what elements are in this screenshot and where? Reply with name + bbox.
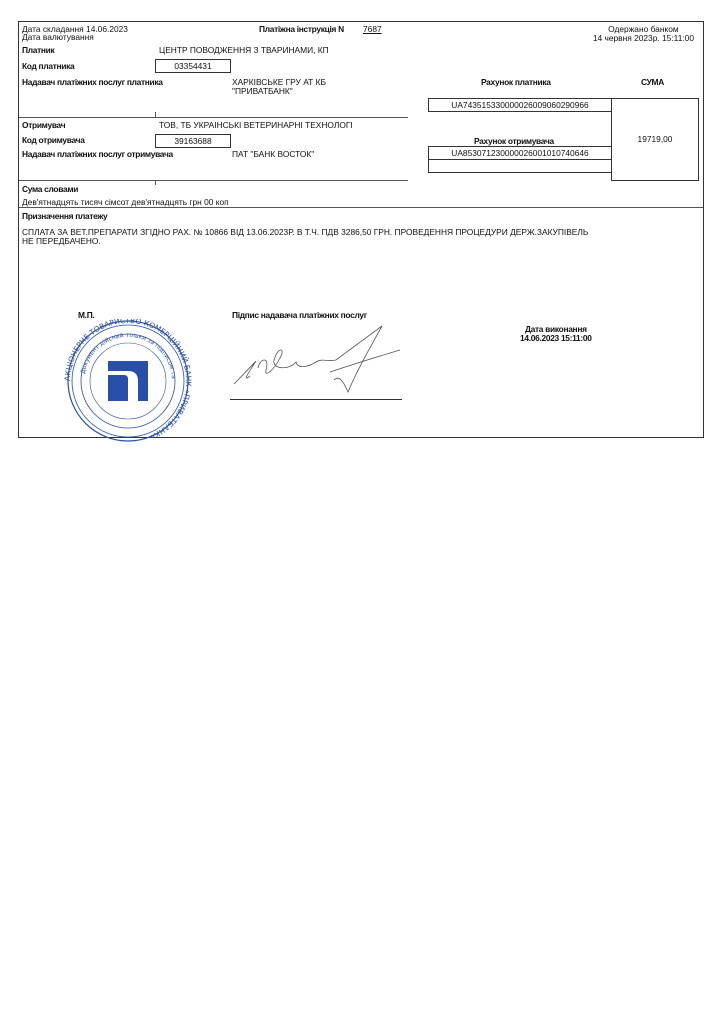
execution-date: Дата виконання 14.06.2023 15:11:00 — [520, 325, 592, 343]
purpose-line1: СПЛАТА ЗА ВЕТ.ПРЕПАРАТИ ЗГІДНО РАХ. № 10… — [22, 228, 588, 237]
recipient-account-label: Рахунок отримувача — [474, 137, 554, 146]
divider — [19, 180, 408, 181]
received-datetime: 14 червня 2023р. 15:11:00 — [593, 34, 694, 43]
amount-words-label: Сума словами — [22, 185, 78, 194]
signature-icon — [230, 318, 405, 398]
recipient-account-extra — [428, 159, 612, 173]
payer-label: Платник — [22, 46, 54, 55]
divider-tick — [155, 180, 156, 185]
recipient-name: ТОВ, ТБ УКРАІНСЬКІ ВЕТЕРИНАРНІ ТЕХНОЛОГІ — [159, 121, 353, 130]
value-date-label: Дата валютування — [22, 33, 94, 42]
amount-label: СУМА — [641, 78, 664, 87]
divider-tick — [155, 112, 156, 117]
amount-words: Дев'ятнадцять тисяч сімсот дев'ятнадцять… — [22, 198, 229, 207]
execution-datetime: 14.06.2023 15:11:00 — [520, 334, 592, 343]
instruction-title: Платіжна інструкція N — [259, 25, 344, 34]
instruction-number: 7687 — [363, 25, 382, 34]
recipient-label: Отримувач — [22, 121, 65, 130]
payer-provider-label: Надавач платіжних послуг платника — [22, 78, 163, 87]
received-stamp: Одержано банком 14 червня 2023р. 15:11:0… — [593, 25, 694, 43]
divider — [19, 207, 703, 208]
payer-name: ЦЕНТР ПОВОДЖЕННЯ З ТВАРИНАМИ, КП — [159, 46, 329, 55]
signature-line — [230, 399, 402, 400]
amount-value: 19719,00 — [611, 98, 699, 181]
recipient-provider: ПАТ "БАНК ВОСТОК" — [232, 150, 314, 159]
purpose-label: Призначення платежу — [22, 212, 107, 221]
payer-account: UA743515330000026009060290966 — [428, 98, 612, 112]
purpose-text: СПЛАТА ЗА ВЕТ.ПРЕПАРАТИ ЗГІДНО РАХ. № 10… — [22, 228, 588, 246]
payer-provider-line2: "ПРИВАТБАНК" — [232, 87, 326, 96]
purpose-line2: НЕ ПЕРЕДБАЧЕНО. — [22, 237, 588, 246]
payer-code: 03354431 — [155, 59, 231, 73]
bank-stamp-icon: АКЦІОНЕРНЕ ТОВАРИСТВО КОМЕРЦІЙНИЙ БАНК «… — [58, 319, 198, 443]
recipient-code-label: Код отримувача — [22, 136, 85, 145]
payer-provider: ХАРКІВСЬКЕ ГРУ АТ КБ "ПРИВАТБАНК" — [232, 78, 326, 96]
recipient-provider-label: Надавач платіжних послуг отримувача — [22, 150, 173, 159]
payer-account-label: Рахунок платника — [481, 78, 551, 87]
payer-code-label: Код платника — [22, 62, 74, 71]
divider — [19, 117, 408, 118]
recipient-code: 39163688 — [155, 134, 231, 148]
recipient-account: UA853071230000026001010740646 — [428, 146, 612, 160]
